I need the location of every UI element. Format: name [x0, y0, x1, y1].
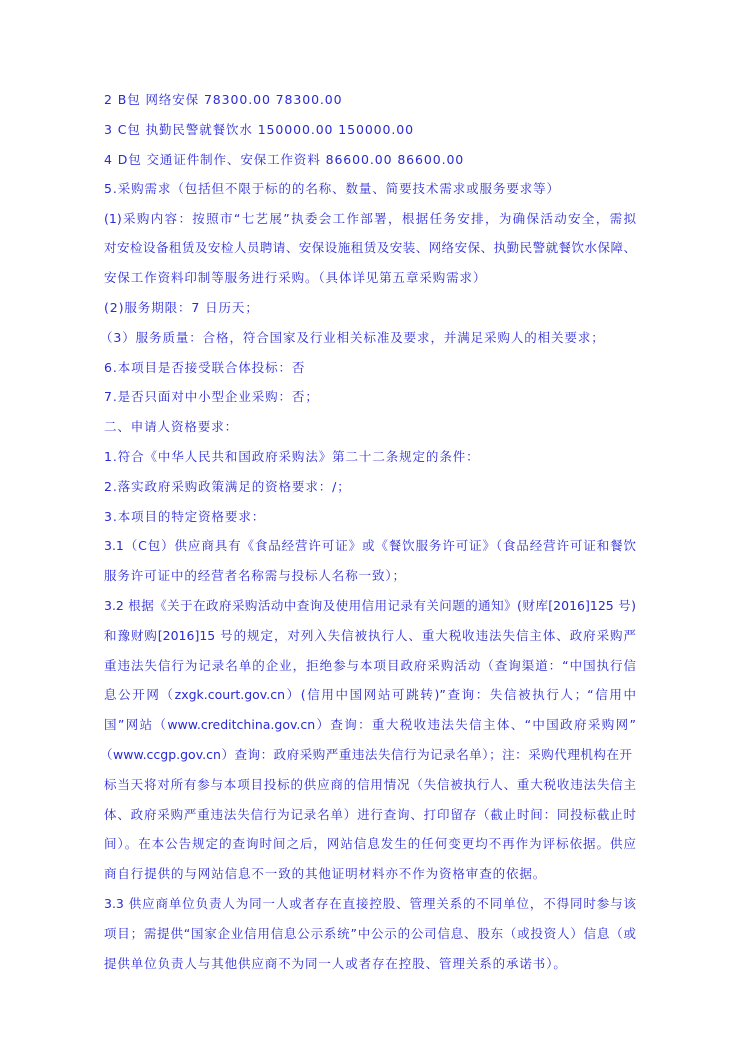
- document-page: 2 B包 网络安保 78300.00 78300.00 3 C包 执勤民警就餐饮…: [0, 0, 736, 1060]
- qualification-3-2-line-2: 和豫财购[2016]15 号的规定，对列入失信被执行人、重大税收违法失信主体、政…: [104, 628, 636, 644]
- qualification-3-2-line-6: （www.ccgp.gov.cn）查询：政府采购严重违法失信行为记录名单）；注：…: [100, 747, 632, 763]
- qualification-3-3-line-1: 3.3 供应商单位负责人为同一人或者存在直接控股、管理关系的不同单位，不得同时参…: [104, 896, 636, 912]
- qualification-3-2-line-9: 间）。在本公告规定的查询时间之后，网站信息发生的任何变更均不再作为评标依据。供应: [104, 836, 636, 852]
- procurement-content-line-1: (1)采购内容：按照市“七艺展”执委会工作部署，根据任务安排，为确保活动安全，需…: [104, 211, 636, 227]
- procurement-content-line-3: 安保工作资料印制等服务进行采购。（具体详见第五章采购需求）: [104, 270, 486, 286]
- procurement-content-line-2: 对安检设备租赁及安检人员聘请、安保设施租赁及安装、网络安保、执勤民警就餐饮水保障…: [104, 240, 636, 256]
- qualification-3-2-line-3: 重违法失信行为记录名单的企业，拒绝参与本项目政府采购活动（查询渠道：“中国执行信: [104, 658, 636, 674]
- section-heading-qualifications: 二、申请人资格要求：: [104, 419, 238, 435]
- package-b-row: 2 B包 网络安保 78300.00 78300.00: [104, 92, 343, 108]
- service-quality: （3）服务质量：合格，符合国家及行业相关标准及要求，并满足采购人的相关要求；: [100, 330, 605, 346]
- qualification-3-2-line-5: 国”网站（www.creditchina.gov.cn）查询：重大税收违法失信主…: [104, 717, 636, 733]
- package-d-row: 4 D包 交通证件制作、安保工作资料 86600.00 86600.00: [104, 152, 464, 168]
- procurement-requirements-heading: 5.采购需求（包括但不限于标的的名称、数量、简要技术需求或服务要求等）: [104, 181, 560, 197]
- qualification-item-2: 2.落实政府采购政策满足的资格要求：/；: [104, 479, 351, 495]
- qualification-3-1-line-1: 3.1（C包）供应商具有《食品经营许可证》或《餐饮服务许可证》（食品经营许可证和…: [104, 538, 636, 554]
- qualification-3-2-line-7: 标当天将对所有参与本项目投标的供应商的信用情况（失信被执行人、重大税收违法失信主: [104, 777, 636, 793]
- qualification-3-2-line-1: 3.2 根据《关于在政府采购活动中查询及使用信用记录有关问题的通知》(财库[20…: [104, 598, 636, 614]
- qualification-3-3-line-2: 项目；需提供“国家企业信用信息公示系统”中公示的公司信息、股东（或投资人）信息（…: [104, 926, 636, 942]
- qualification-3-3-line-3: 提供单位负责人与其他供应商不为同一人或者存在控股、管理关系的承诺书）。: [104, 956, 567, 972]
- qualification-3-2-line-8: 体、政府采购严重违法失信行为记录名单）进行查询、打印留存（截止时间：同投标截止时: [104, 807, 636, 823]
- service-period: (2)服务期限：7 日历天；: [104, 300, 259, 316]
- qualification-item-3: 3.本项目的特定资格要求：: [104, 509, 265, 525]
- qualification-3-2-line-10: 商自行提供的与网站信息不一致的其他证明材料亦不作为资格审查的依据。: [104, 866, 546, 882]
- qualification-3-1-line-2: 服务许可证中的经营者名称需与投标人名称一致）；: [104, 568, 406, 584]
- consortium-bid-item: 6.本项目是否接受联合体投标：否: [104, 360, 305, 376]
- qualification-3-2-line-4: 息公开网（zxgk.court.gov.cn）(信用中国网站可跳转)”查询：失信…: [104, 687, 636, 703]
- sme-only-item: 7.是否只面对中小型企业采购：否；: [104, 389, 319, 405]
- qualification-item-1: 1.符合《中华人民共和国政府采购法》第二十二条规定的条件：: [104, 449, 480, 465]
- package-c-row: 3 C包 执勤民警就餐饮水 150000.00 150000.00: [104, 122, 414, 138]
